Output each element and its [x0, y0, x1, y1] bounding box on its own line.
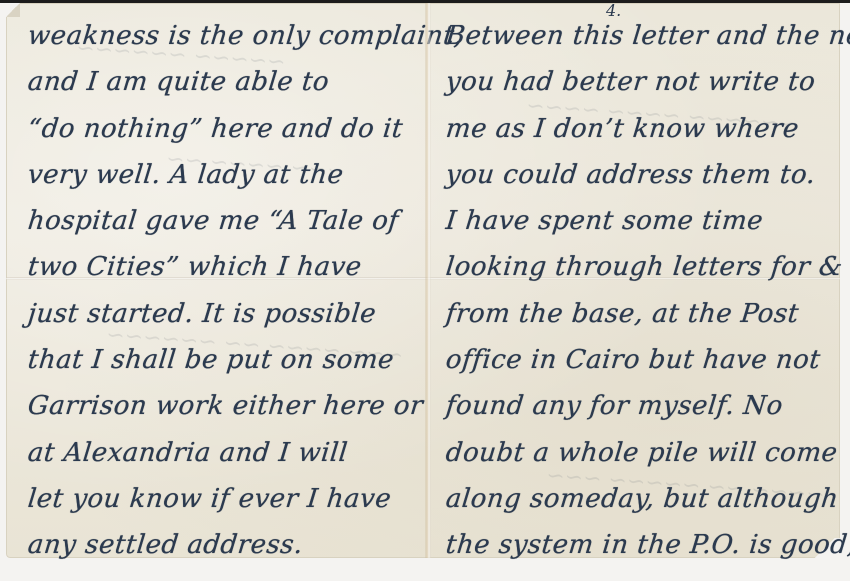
handwritten-line: at Alexandria and I will	[26, 430, 426, 476]
handwritten-line: any settled address.	[26, 522, 426, 568]
letter-sheet: ​~~~~~ ~~~~~~ ​~~~ ~~~~ ~~ ​~~~ ~~~~ ~~ …	[6, 3, 840, 558]
handwritten-line: looking through letters for &	[444, 244, 844, 290]
handwritten-line: the system in the P.O. is good,	[444, 522, 844, 568]
handwritten-line: doubt a whole pile will come	[444, 430, 844, 476]
handwritten-line: weakness is the only complaint,	[26, 13, 426, 59]
handwritten-line: Between this letter and the next	[444, 13, 844, 59]
handwritten-line: you could address them to.	[444, 152, 844, 198]
handwritten-line: very well. A lady at the	[26, 152, 426, 198]
corner-crease	[6, 3, 20, 17]
scanned-letter: ​~~~~~ ~~~~~~ ​~~~ ~~~~ ~~ ​~~~ ~~~~ ~~ …	[0, 0, 850, 581]
handwritten-line: office in Cairo but have not	[444, 337, 844, 383]
right-page: Between this letter and the next you had…	[446, 13, 841, 569]
handwritten-line: “do nothing” here and do it	[26, 106, 426, 152]
handwritten-line: found any for myself. No	[444, 383, 844, 429]
handwritten-line: Garrison work either here or	[26, 383, 426, 429]
handwritten-line: from the base, at the Post	[444, 291, 844, 337]
handwritten-line: I have spent some time	[444, 198, 844, 244]
handwritten-line: that I shall be put on some	[26, 337, 426, 383]
handwritten-line: me as I don’t know where	[444, 106, 844, 152]
handwritten-line: and I am quite able to	[26, 59, 426, 105]
handwritten-line: hospital gave me “A Tale of	[26, 198, 426, 244]
handwritten-line: two Cities” which I have	[26, 244, 426, 290]
handwritten-line: you had better not write to	[444, 59, 844, 105]
handwritten-line: just started. It is possible	[26, 291, 426, 337]
handwritten-line: let you know if ever I have	[26, 476, 426, 522]
left-page: weakness is the only complaint, and I am…	[28, 13, 423, 569]
handwritten-line: along someday, but although	[444, 476, 844, 522]
